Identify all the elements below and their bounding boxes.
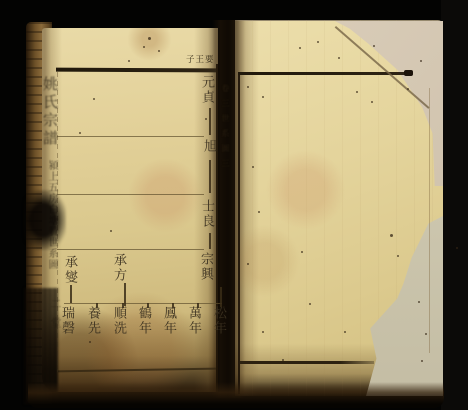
stain-speck: [390, 234, 393, 237]
chart-generation-line-1: [57, 136, 204, 137]
left-page: [42, 28, 218, 392]
stain-speck: [247, 263, 249, 265]
chart-generation-line-3: [57, 249, 204, 250]
binding-ink-band: [24, 190, 66, 250]
stain-speck: [110, 230, 112, 232]
page-header-label: 子王要: [186, 53, 215, 65]
stain-speck: [262, 331, 264, 333]
chart-connector: [209, 160, 211, 193]
genealogy-name-gen5: 萬年: [188, 306, 201, 336]
genealogy-name-gen5: 順洗: [113, 306, 126, 336]
page-bottom-shadow: [28, 382, 444, 408]
stain-speck: [397, 255, 399, 257]
chart-connector: [209, 108, 211, 135]
stain-speck: [309, 303, 311, 305]
genealogy-name-gen5: 瑞磬: [61, 306, 74, 336]
bottom-rule-right-page: [240, 361, 374, 364]
stain-speck: [252, 166, 254, 168]
stain-speck: [373, 45, 375, 47]
gutter-folio-text: 卷三世系圖三: [221, 84, 229, 174]
stain-speck: [93, 98, 95, 100]
stain-speck: [371, 101, 373, 103]
right-page-edge-line: [238, 72, 240, 394]
stain-speck: [143, 46, 145, 48]
genealogy-name-gen3: 士良: [201, 199, 214, 229]
stain-speck: [282, 359, 284, 361]
genealogy-name-gen4-sibling: 承方: [113, 253, 126, 283]
stain-speck: [148, 37, 151, 40]
stain-speck: [89, 341, 91, 343]
stain-speck: [158, 50, 160, 52]
chart-generation-line-2: [57, 194, 204, 195]
top-rule-right-page: [238, 72, 412, 75]
rule-end-blob: [404, 70, 413, 76]
stain-speck: [420, 60, 422, 62]
stain-speck: [338, 57, 340, 59]
stain-speck: [262, 96, 264, 98]
right-margin-line: [429, 88, 430, 353]
top-rule-left-page: [56, 68, 216, 73]
book-photo: 元貞 旭 士良 宗興 承方 承燮 松年 萬年 鳳年 鶴年 順洗 養先 瑞磬 子王…: [0, 0, 468, 410]
genealogy-name-gen5: 鳳年: [163, 306, 176, 336]
background-right-strip: [441, 0, 468, 410]
right-page: [235, 20, 443, 396]
left-page-edge-line: [216, 64, 218, 392]
genealogy-name-gen2: 旭: [203, 139, 216, 154]
stain-speck: [79, 132, 81, 134]
genealogy-name-gen5: 養先: [87, 306, 100, 336]
chart-connector: [209, 233, 211, 249]
chart-connector: [70, 285, 72, 303]
stain-speck: [258, 211, 260, 213]
stain-speck: [344, 331, 346, 333]
stain-speck: [407, 88, 409, 90]
genealogy-name-gen1: 元貞: [201, 75, 214, 105]
chart-connector: [124, 283, 126, 306]
genealogy-name-gen4-sibling: 承燮: [64, 255, 77, 285]
stain-speck: [205, 118, 207, 120]
stain-speck: [425, 333, 427, 335]
stain-speck: [301, 251, 303, 253]
genealogy-name-gen5: 鶴年: [138, 306, 151, 336]
stain-speck: [317, 41, 319, 43]
stain-speck: [128, 60, 130, 62]
stain-speck: [456, 247, 458, 249]
stain-speck: [247, 86, 249, 88]
chart-connector: [220, 287, 222, 307]
stain-speck: [356, 91, 358, 93]
stain-speck: [418, 301, 420, 303]
genealogy-name-gen5: 松年: [213, 306, 226, 336]
genealogy-name-gen4: 宗興: [200, 252, 213, 282]
spine-title: 姚氏宗譜: [41, 76, 56, 148]
stain-speck: [299, 47, 301, 49]
stain-speck: [421, 360, 423, 362]
